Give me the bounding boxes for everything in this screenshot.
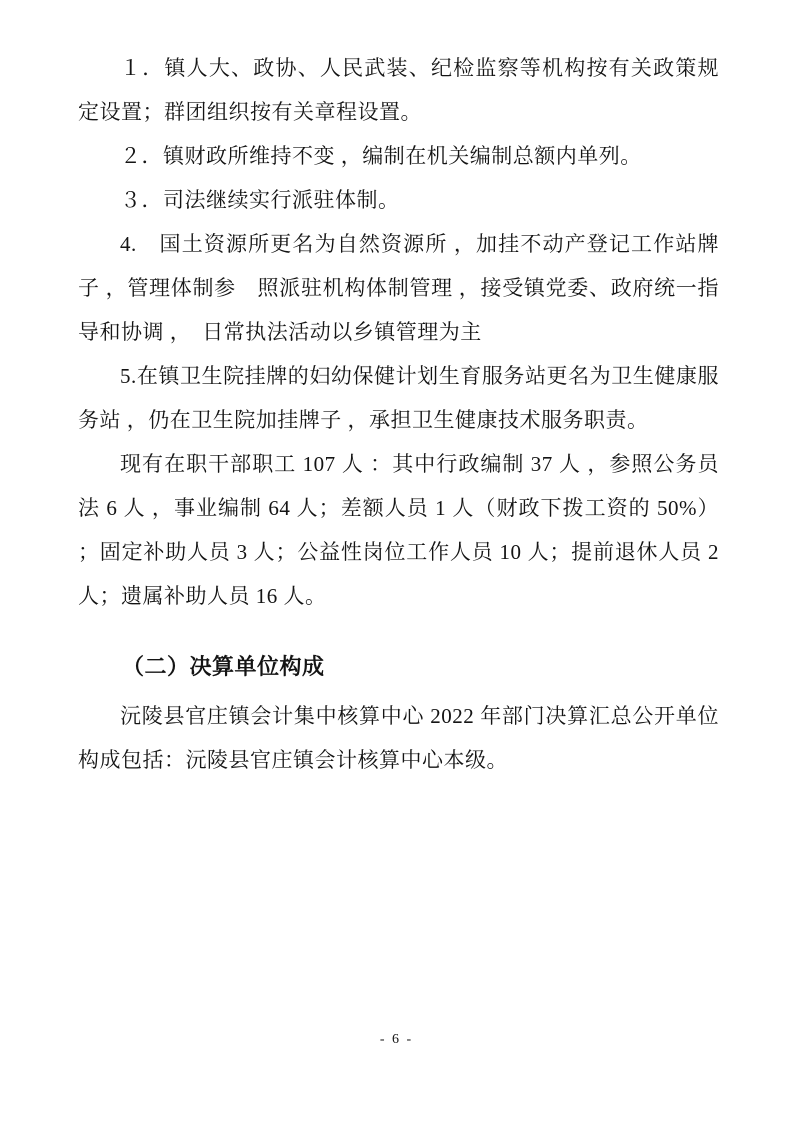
numbered-paragraph-5: 5.在镇卫生院挂牌的妇幼保健计划生育服务站更名为卫生健康服务站 ，仍在卫生院加挂… bbox=[78, 354, 719, 442]
page-number: - 6 - bbox=[0, 1030, 793, 1050]
numbered-paragraph-1: １．镇人大、政协、人民武装、纪检监察等机构按有关政策规定设置；群团组织按有关章程… bbox=[78, 46, 719, 134]
document-body: １．镇人大、政协、人民武装、纪检监察等机构按有关政策规定设置；群团组织按有关章程… bbox=[78, 46, 719, 782]
unit-composition-paragraph: 沅陵县官庄镇会计集中核算中心 2022 年部门决算汇总公开单位构成包括：沅陵县官… bbox=[78, 694, 719, 782]
section-heading: （二）决算单位构成 bbox=[78, 645, 719, 689]
numbered-paragraph-4: 4. 国土资源所更名为自然资源所 ，加挂不动产登记工作站牌子 ，管理体制参 照派… bbox=[78, 222, 719, 354]
numbered-paragraph-2: ２．镇财政所维持不变 ，编制在机关编制总额内单列。 bbox=[78, 134, 719, 178]
document-page: １．镇人大、政协、人民武装、纪检监察等机构按有关政策规定设置；群团组织按有关章程… bbox=[0, 0, 793, 1122]
staffing-summary-paragraph: 现有在职干部职工 107 人 ：其中行政编制 37 人 ，参照公务员法 6 人 … bbox=[78, 442, 719, 618]
numbered-paragraph-3: ３．司法继续实行派驻体制。 bbox=[78, 178, 719, 222]
